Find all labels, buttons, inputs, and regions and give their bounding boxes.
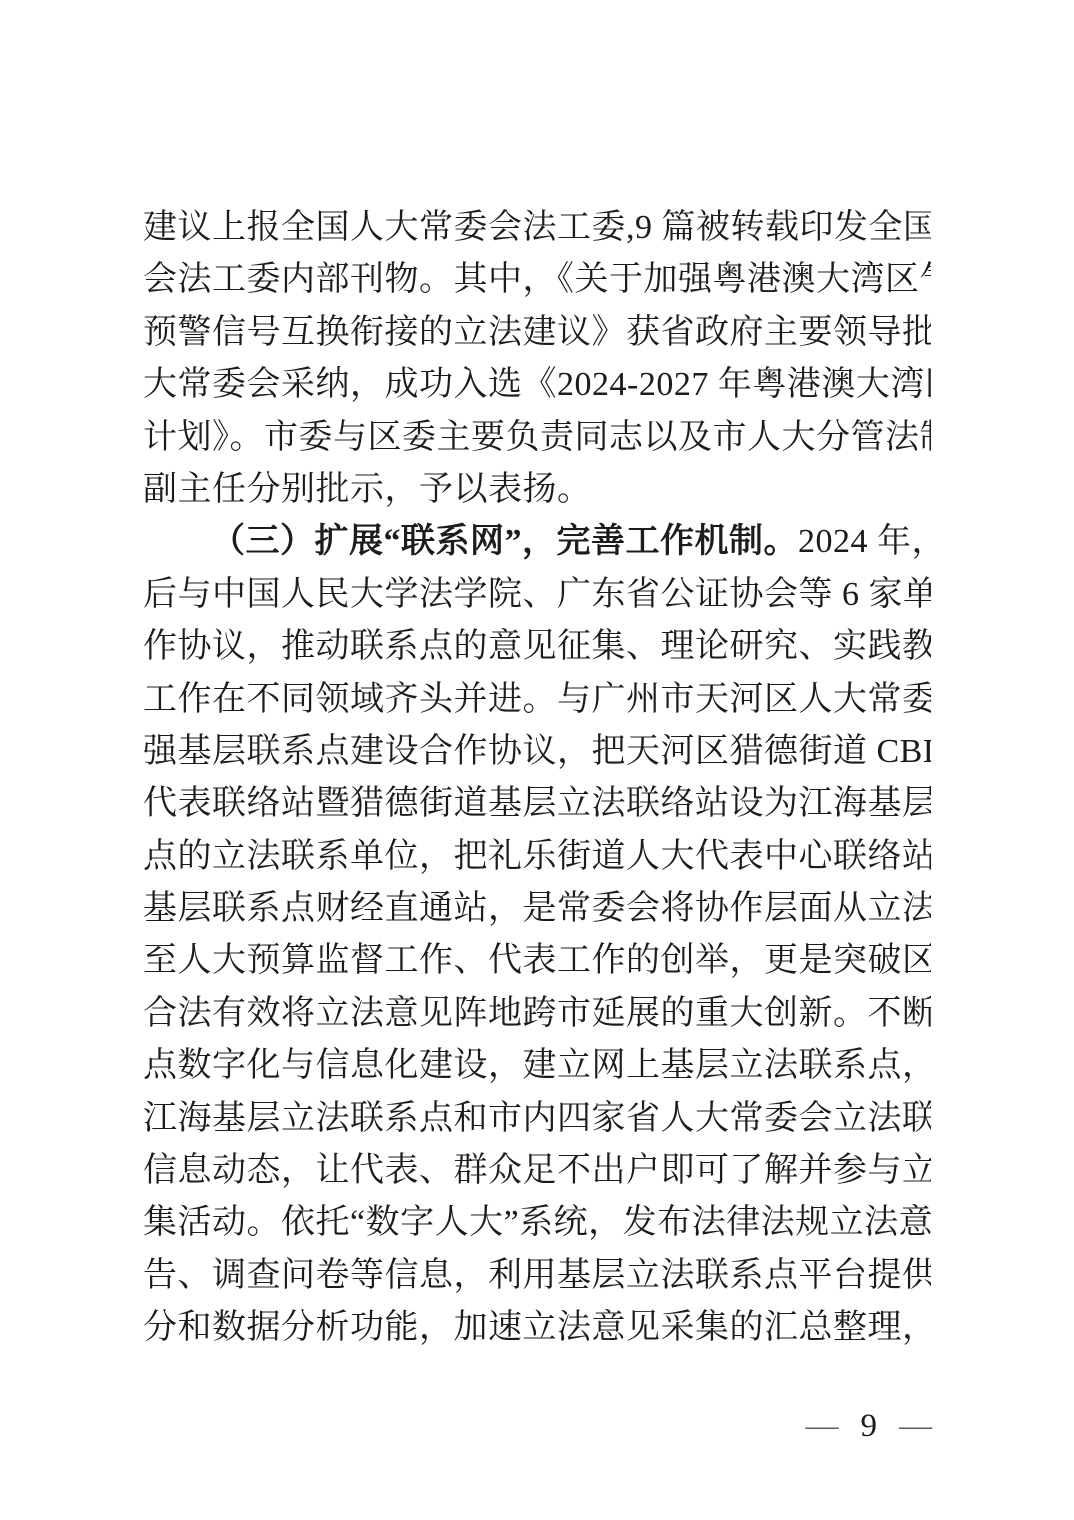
text-line: 强基层联系点建设合作协议，把天河区猎德街道 CBD 片区人大 <box>143 726 931 778</box>
section-heading: （三）扩展“联系网”，完善工作机制。 <box>211 523 798 560</box>
text-line-content: 作协议，推动联系点的意见征集、理论研究、实践教学等多项 <box>143 628 931 665</box>
page-number: — 9 — <box>806 1404 933 1448</box>
text-line: 计划》。市委与区委主要负责同志以及市人大分管法制工作的 <box>143 412 931 464</box>
text-line-content: 会法工委内部刊物。其中，《关于加强粤港澳大湾区气象灾害 <box>143 261 931 298</box>
text-line-content: 合法有效将立法意见阵地跨市延展的重大创新。不断推进联系 <box>143 995 931 1032</box>
text-line: 后与中国人民大学法学院、广东省公证协会等 6 家单位签订合 <box>143 569 931 621</box>
text-line: （三）扩展“联系网”，完善工作机制。2024 年，联系点先 <box>143 516 931 568</box>
page-number-right-dash: — <box>899 1406 932 1446</box>
text-line-content: 副主任分别批示，予以表扬。 <box>143 471 592 508</box>
text-line-content: 江海基层立法联系点和市内四家省人大常委会立法联络单位的 <box>143 1100 931 1137</box>
text-line: 告、调查问卷等信息，利用基层立法联系点平台提供的条文拆 <box>143 1250 931 1302</box>
text-line: 至人大预算监督工作、代表工作的创举，更是突破区域限制， <box>143 935 931 987</box>
text-line: 作协议，推动联系点的意见征集、理论研究、实践教学等多项 <box>143 621 931 673</box>
text-line-content: 预警信号互换衔接的立法建议》获省政府主要领导批示和省人 <box>143 314 931 351</box>
document-page: 建议上报全国人大常委会法工委,9 篇被转载印发全国人大常委会法工委内部刊物。其中… <box>0 0 1074 1520</box>
text-line-content: 集活动。依托“数字人大”系统，发布法律法规立法意见征集公 <box>143 1204 931 1241</box>
text-line-content: 分和数据分析功能，加速立法意见采集的汇总整理，提升立法 <box>143 1309 931 1346</box>
text-line: 点的立法联系单位，把礼乐街道人大代表中心联络站设为天河 <box>143 831 931 883</box>
text-line: 分和数据分析功能，加速立法意见采集的汇总整理，提升立法 <box>143 1302 931 1354</box>
text-line-content: 告、调查问卷等信息，利用基层立法联系点平台提供的条文拆 <box>143 1257 931 1294</box>
text-line-content: 工作在不同领域齐头并进。与广州市天河区人大常委会签订加 <box>143 681 931 718</box>
text-line: 会法工委内部刊物。其中，《关于加强粤港澳大湾区气象灾害 <box>143 254 931 306</box>
text-line-content: 2024 年，联系点先 <box>798 523 931 560</box>
text-line-content: 点数字化与信息化建设，建立网上基层立法联系点，线上发布 <box>143 1047 931 1084</box>
text-line: 建议上报全国人大常委会法工委,9 篇被转载印发全国人大常委 <box>143 202 931 254</box>
text-line-content: 至人大预算监督工作、代表工作的创举，更是突破区域限制， <box>143 942 931 979</box>
text-line: 代表联络站暨猎德街道基层立法联络站设为江海基层立法联系 <box>143 778 931 830</box>
text-line: 工作在不同领域齐头并进。与广州市天河区人大常委会签订加 <box>143 674 931 726</box>
text-line-content: 点的立法联系单位，把礼乐街道人大代表中心联络站设为天河 <box>143 838 931 875</box>
text-line: 集活动。依托“数字人大”系统，发布法律法规立法意见征集公 <box>143 1197 931 1249</box>
text-line-content: 基层联系点财经直通站，是常委会将协作层面从立法联系延伸 <box>143 890 931 927</box>
text-line: 信息动态，让代表、群众足不出户即可了解并参与立法意见征 <box>143 1145 931 1197</box>
text-line-content: 强基层联系点建设合作协议，把天河区猎德街道 CBD 片区人大 <box>143 733 931 770</box>
text-line: 预警信号互换衔接的立法建议》获省政府主要领导批示和省人 <box>143 307 931 359</box>
text-line: 点数字化与信息化建设，建立网上基层立法联系点，线上发布 <box>143 1040 931 1092</box>
text-line: 基层联系点财经直通站，是常委会将协作层面从立法联系延伸 <box>143 883 931 935</box>
page-number-value: 9 <box>861 1404 878 1448</box>
text-line: 大常委会采纳，成功入选《2024-2027 年粤港澳大湾区专项立法 <box>143 359 931 411</box>
text-line-content: 信息动态，让代表、群众足不出户即可了解并参与立法意见征 <box>143 1152 931 1189</box>
text-line-content: 建议上报全国人大常委会法工委,9 篇被转载印发全国人大常委 <box>143 209 931 246</box>
text-line: 副主任分别批示，予以表扬。 <box>143 464 931 516</box>
text-line-content: 大常委会采纳，成功入选《2024-2027 年粤港澳大湾区专项立法 <box>143 366 931 403</box>
text-line-content: 后与中国人民大学法学院、广东省公证协会等 6 家单位签订合 <box>143 576 931 613</box>
page-number-left-dash: — <box>806 1406 839 1446</box>
text-line-content: 计划》。市委与区委主要负责同志以及市人大分管法制工作的 <box>143 419 931 456</box>
text-line-content: 代表联络站暨猎德街道基层立法联络站设为江海基层立法联系 <box>143 785 931 822</box>
body-text: 建议上报全国人大常委会法工委,9 篇被转载印发全国人大常委会法工委内部刊物。其中… <box>143 202 931 1355</box>
text-line: 合法有效将立法意见阵地跨市延展的重大创新。不断推进联系 <box>143 988 931 1040</box>
text-line: 江海基层立法联系点和市内四家省人大常委会立法联络单位的 <box>143 1093 931 1145</box>
